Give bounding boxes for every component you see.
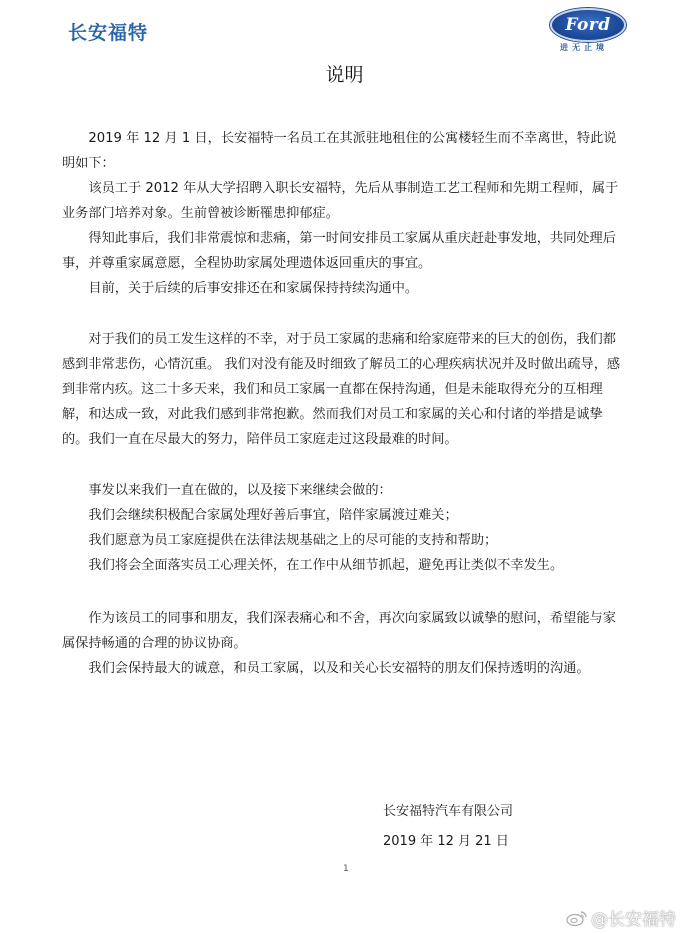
paragraph-intro: 2019 年 12 月 1 日，长安福特一名员工在其派驻地租住的公寓楼轻生而不幸…: [62, 126, 627, 176]
ford-slogan: 进无止境: [560, 42, 608, 53]
signature-date: 2019 年 12 月 21 日: [383, 827, 513, 857]
watermark-text: @长安福特: [591, 905, 676, 930]
spacer: [62, 301, 627, 327]
weibo-icon: [566, 909, 588, 927]
signature-block: 长安福特汽车有限公司 2019 年 12 月 21 日: [383, 797, 513, 857]
paragraph-actions-intro: 事发以来我们一直在做的，以及接下来继续会做的：: [62, 478, 627, 503]
page-number: 1: [343, 864, 349, 874]
paragraph-commitment: 我们会保持最大的诚意，和员工家属，以及和关心长安福特的朋友们保持透明的沟通。: [62, 656, 627, 681]
paragraph-response: 得知此事后，我们非常震惊和悲痛，第一时间安排员工家属从重庆赶赴事发地，共同处理后…: [62, 226, 627, 276]
weibo-watermark: @长安福特: [566, 905, 676, 930]
ford-logo-icon: Ford: [550, 8, 626, 42]
paragraph-apology: 对于我们的员工发生这样的不幸，对于员工家属的悲痛和给家庭带来的巨大的创伤，我们都…: [62, 327, 627, 452]
paragraph-current-status: 目前，关于后续的后事安排还在和家属保持持续沟通中。: [62, 276, 627, 301]
document-title: 说明: [0, 60, 689, 87]
ford-logo-text: Ford: [565, 15, 610, 35]
brand-name: 长安福特: [68, 18, 148, 45]
document-body: 2019 年 12 月 1 日，长安福特一名员工在其派驻地租住的公寓楼轻生而不幸…: [62, 126, 627, 681]
spacer: [62, 578, 627, 606]
signature-company: 长安福特汽车有限公司: [383, 797, 513, 827]
paragraph-action-2: 我们愿意为员工家庭提供在法律法规基础之上的尽可能的支持和帮助；: [62, 528, 627, 553]
paragraph-action-1: 我们会继续积极配合家属处理好善后事宜，陪伴家属渡过难关；: [62, 503, 627, 528]
paragraph-condolence: 作为该员工的同事和朋友，我们深表痛心和不舍，再次向家属致以诚挚的慰问，希望能与家…: [62, 606, 627, 656]
paragraph-action-3: 我们将会全面落实员工心理关怀，在工作中从细节抓起，避免再让类似不幸发生。: [62, 553, 627, 578]
spacer: [62, 452, 627, 478]
paragraph-employee-background: 该员工于 2012 年从大学招聘入职长安福特，先后从事制造工艺工程师和先期工程师…: [62, 176, 627, 226]
